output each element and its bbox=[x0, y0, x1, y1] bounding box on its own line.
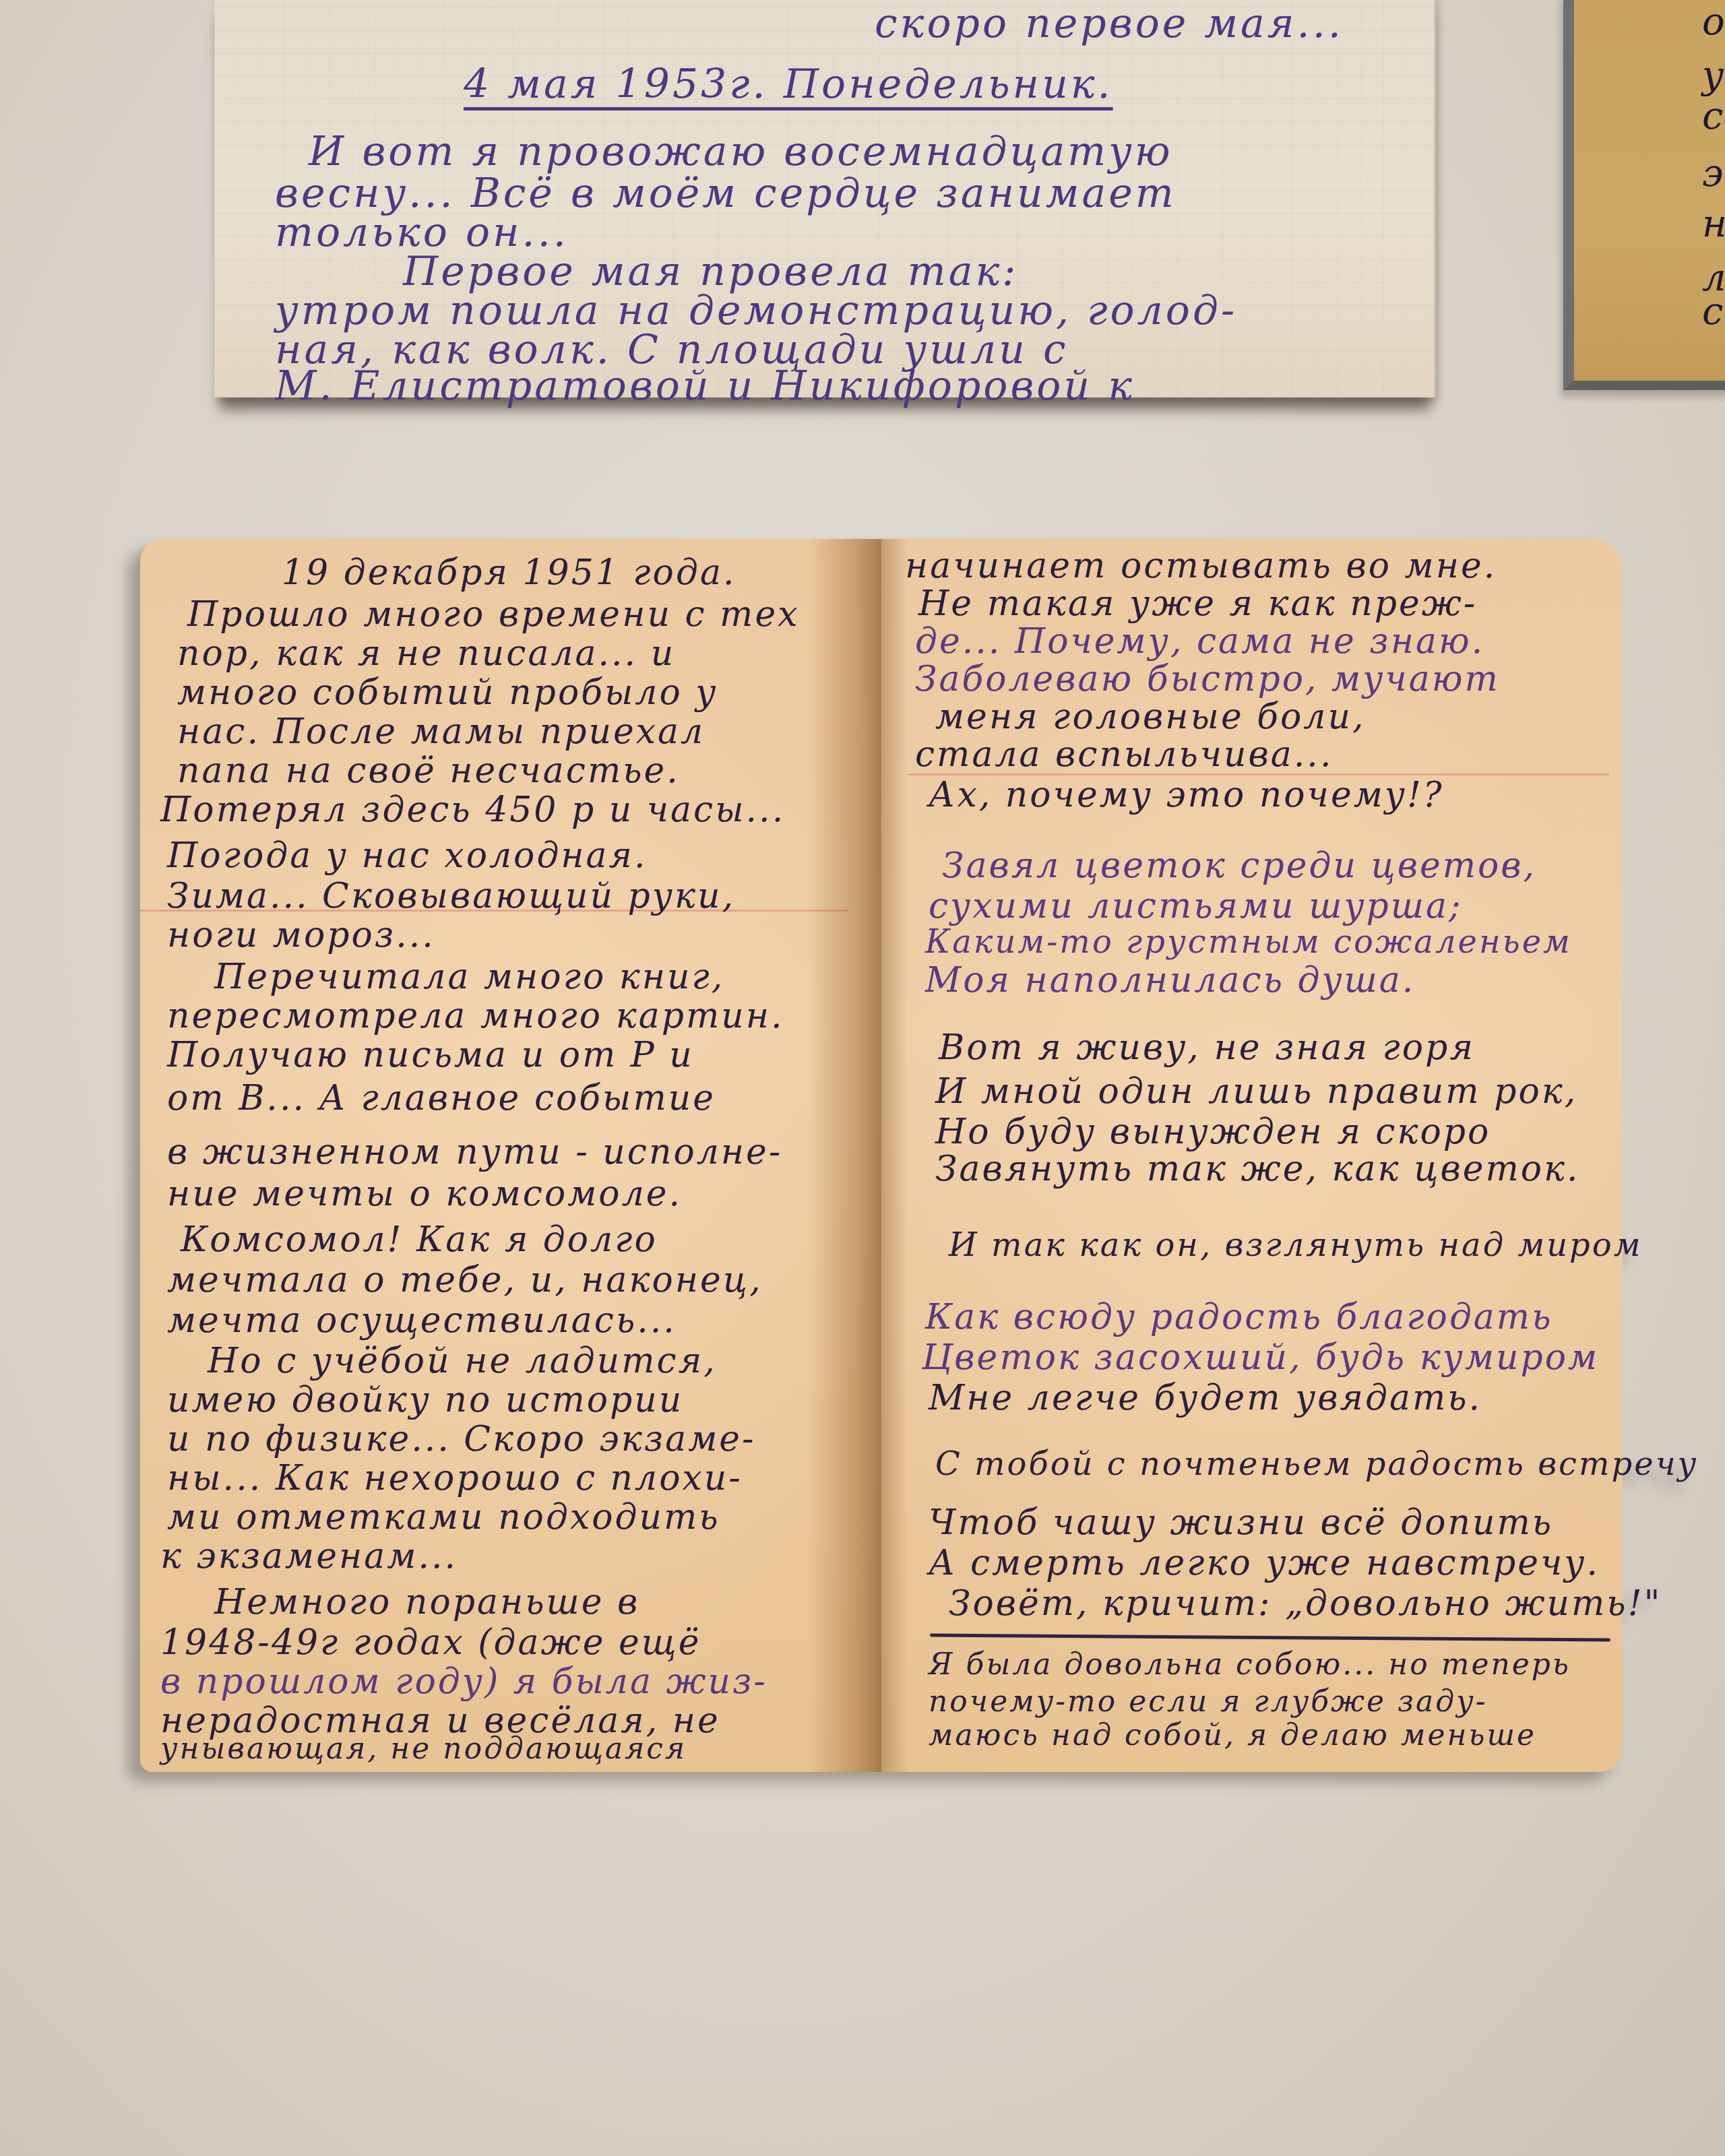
side-fragment: эт bbox=[1702, 152, 1725, 195]
left-line: в жизненном пути - исполне- bbox=[167, 1132, 782, 1172]
notebook-left-page: 19 декабря 1951 года. Прошло много време… bbox=[140, 539, 881, 1772]
right-line: начинает остывать во мне. bbox=[905, 546, 1497, 586]
poem-line: Мне легче будет увядать. bbox=[929, 1378, 1482, 1418]
after-divider-line: маюсь над собой, я делаю меньше bbox=[929, 1718, 1536, 1752]
after-divider-line: Я была довольна собою... но теперь bbox=[929, 1647, 1571, 1682]
poem-line: Вот я живу, не зная горя bbox=[939, 1027, 1475, 1068]
poem-line: Зовёт, кричит: „довольно жить!" bbox=[949, 1583, 1662, 1624]
notebook-right-page: начинает остывать во мне. Не такая уже я… bbox=[881, 539, 1623, 1772]
left-line: Прошло много времени с тех bbox=[187, 594, 799, 635]
left-line: мечтала о тебе, и, наконец, bbox=[167, 1260, 763, 1300]
side-fragment: не bbox=[1702, 202, 1725, 246]
left-line: к экзаменам... bbox=[160, 1536, 458, 1577]
left-line: Потерял здесь 450 р и часы... bbox=[160, 790, 785, 830]
poem-line: Каким-то грустным сожаленьем bbox=[925, 923, 1572, 961]
right-line: меня головные боли, bbox=[935, 697, 1365, 737]
right-line: де... Почему, сама не знаю. bbox=[915, 621, 1484, 662]
after-divider-line: почему-то если я глубже заду- bbox=[929, 1684, 1488, 1719]
side-fragment: со bbox=[1702, 290, 1725, 334]
poem-line: Но буду вынужден я скоро bbox=[935, 1112, 1491, 1152]
left-line: ны... Как нехорошо с плохи- bbox=[167, 1458, 743, 1498]
poem-line: С тобой с почтеньем радость встречу bbox=[935, 1445, 1698, 1483]
left-line: и по физике... Скоро экзаме- bbox=[167, 1419, 756, 1459]
poem-line: И мной один лишь правит рок, bbox=[935, 1071, 1577, 1112]
left-line: в прошлом году) я была жиз- bbox=[160, 1661, 767, 1702]
open-diary-notebook: 19 декабря 1951 года. Прошло много време… bbox=[140, 539, 1623, 1772]
right-line: Не такая уже я как преж- bbox=[918, 583, 1477, 624]
top-letter-sheet: скоро первое мая... 4 мая 1953г. Понедел… bbox=[214, 0, 1436, 398]
left-line: Немного пораньше в bbox=[214, 1582, 639, 1622]
top-line-8: М. Елистратовой и Никифоровой к bbox=[275, 362, 1434, 410]
left-line: имею двойку по истории bbox=[167, 1380, 683, 1420]
poem-line: Цветок засохший, будь кумиром bbox=[922, 1337, 1599, 1378]
left-line: папа на своё несчастье. bbox=[177, 751, 680, 791]
left-line: ми отметками подходить bbox=[167, 1497, 720, 1537]
left-line: от В... А главное событие bbox=[167, 1078, 716, 1118]
poem-line: Моя наполнилась душа. bbox=[925, 960, 1415, 1001]
left-line: пор, как я не писала... и bbox=[177, 633, 675, 674]
entry-date: 19 декабря 1951 года. bbox=[282, 552, 736, 593]
left-line: 1948-49г годах (даже ещё bbox=[160, 1622, 701, 1663]
left-line: пересмотрела много картин. bbox=[167, 996, 784, 1036]
left-line: мечта осуществилась... bbox=[167, 1300, 677, 1341]
poem-line: Завянуть так же, как цветок. bbox=[935, 1149, 1580, 1189]
left-line: нас. После мамы приехал bbox=[177, 711, 705, 752]
poem-line: Как всюду радость благодать bbox=[925, 1297, 1552, 1337]
left-line: ноги мороз... bbox=[167, 915, 435, 955]
handwritten-divider-line bbox=[930, 1633, 1610, 1641]
right-line: Ах, почему это почему!? bbox=[929, 775, 1444, 815]
poem-line: Завял цветок среди цветов, bbox=[942, 846, 1536, 886]
top-line-0: скоро первое мая... bbox=[875, 0, 1434, 47]
right-line: Заболеваю быстро, мучают bbox=[915, 659, 1500, 699]
left-line: много событий пробыло у bbox=[177, 672, 718, 713]
right-line: стала вспыльчива... bbox=[915, 734, 1333, 775]
poem-line: Чтоб чашу жизни всё допить bbox=[929, 1502, 1553, 1543]
left-line: Погода у нас холодная. bbox=[167, 835, 648, 876]
left-line: Комсомол! Как я долго bbox=[181, 1219, 658, 1260]
poem-line: И так как он, взглянуть над миром bbox=[949, 1226, 1643, 1264]
left-line: Перечитала много книг, bbox=[214, 957, 724, 997]
left-line: унывающая, не поддающаяся bbox=[160, 1732, 687, 1766]
left-line: Но с учёбой не ладится, bbox=[208, 1341, 717, 1381]
poem-line: А смерть легко уже навстречу. bbox=[929, 1543, 1600, 1583]
left-line: Зима... Сковывающий руки, bbox=[167, 876, 735, 916]
left-line: ние мечты о комсомоле. bbox=[167, 1174, 682, 1214]
left-line: Получаю письма и от Р и bbox=[167, 1035, 694, 1075]
side-yellow-document: од у се эт не ло со bbox=[1563, 0, 1725, 390]
poem-line: сухими листьями шурша; bbox=[929, 886, 1463, 926]
side-fragment: у bbox=[1702, 54, 1724, 98]
side-fragment: се bbox=[1702, 94, 1725, 138]
top-entry-date-heading: 4 мая 1953г. Понедельник. bbox=[464, 61, 1434, 108]
side-fragment: од bbox=[1702, 0, 1725, 44]
top-line-2: И вот я провожаю восемнадцатую bbox=[309, 128, 1434, 175]
